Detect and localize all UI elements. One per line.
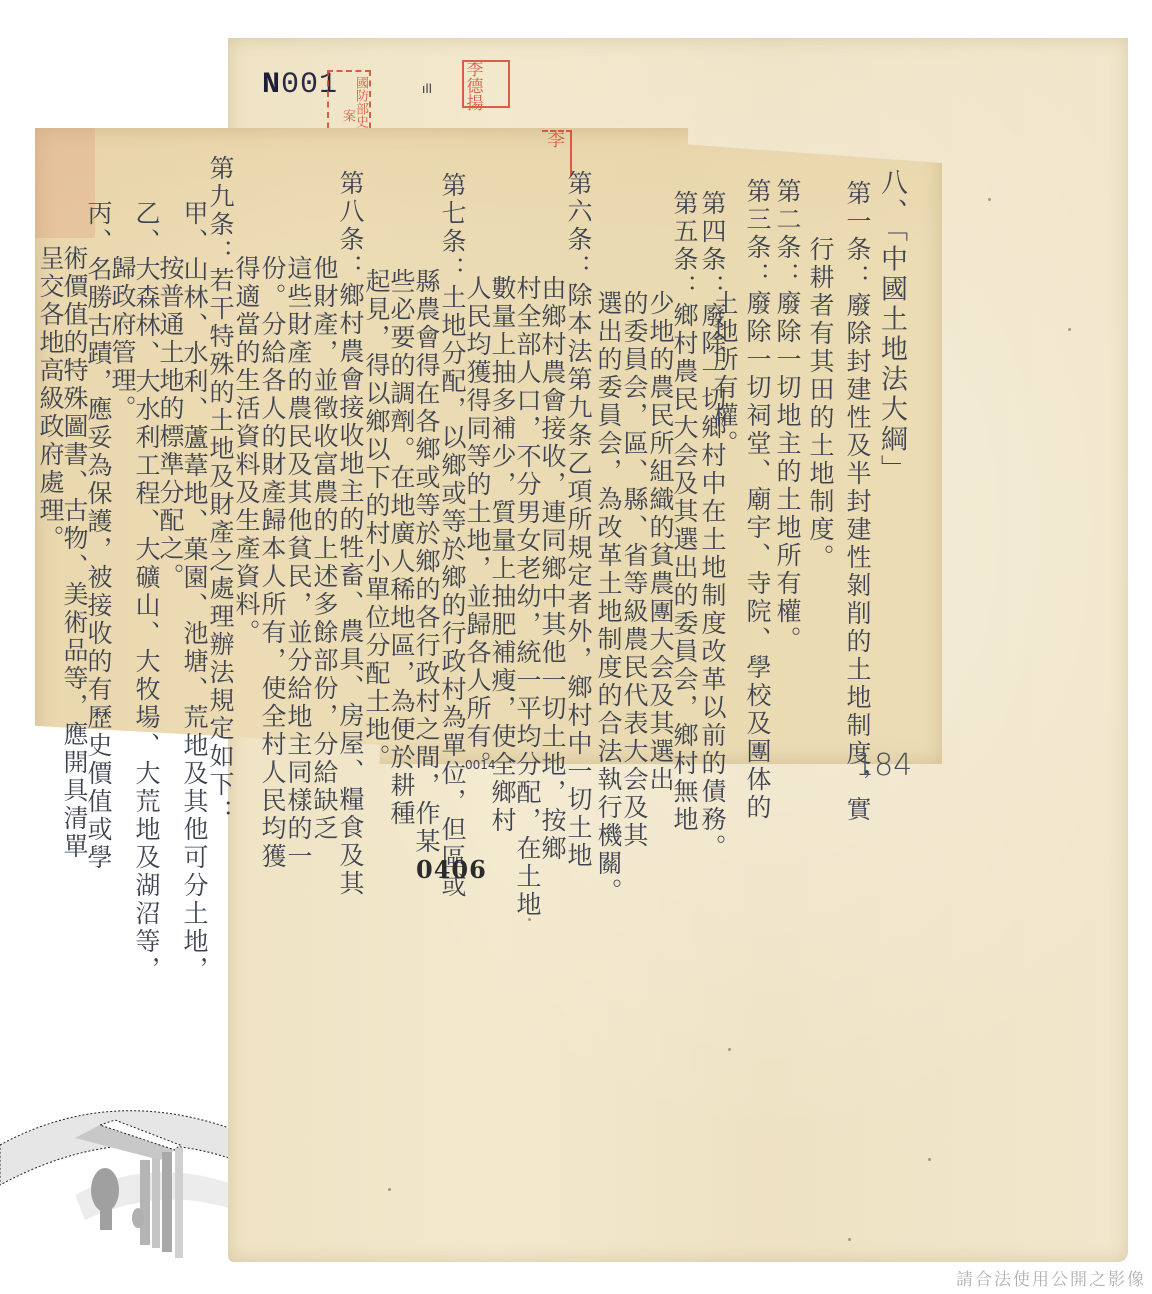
article-9-b: 乙、大森林、大水利工程、大礦山、大牧場、大荒地及湖沼等， <box>134 200 159 984</box>
article-6-cont-1: 由鄉村農會接收，連同鄉中其他一切土地，按鄉 <box>540 275 565 863</box>
article-8-cont-4: 得適當的生活資料及生產資料。 <box>234 255 259 647</box>
article-6-cont-3: 數量上抽多補少，質量上抽肥補瘦，使全鄉村 <box>490 275 515 835</box>
article-7: 第七条：土地分配，以鄉或等於鄉的行政村為單位，但區或 <box>440 172 465 900</box>
article-7-cont-1: 縣農會得在各鄉或等於鄉的各行政村之間，作某 <box>414 268 439 856</box>
article-9-c-cont-2: 呈交各地高級政府處理。 <box>38 245 63 553</box>
article-6-cont-2: 村全部人口，不分男女老幼，統一平均分配，在土地 <box>515 275 540 919</box>
tick-mark: ıll <box>422 82 432 96</box>
article-7-cont-2: 些必要的調劑。在地廣人稀地區，為便於耕種 <box>389 268 414 828</box>
article-5-cont-2: 的委員会，區、縣、省等級農民代表大会及其 <box>622 290 647 850</box>
article-6: 第六条：除本法第九条乙項所規定者外，鄉村中一切土地 <box>566 170 591 870</box>
article-9: 第九条：若干特殊的土地及財產之處理辦法規定如下： <box>208 155 233 827</box>
article-3: 第三条：廢除一切祠堂、廟宇、寺院、學校及團体的 <box>745 178 770 822</box>
article-8-cont-1: 他財產，並徵收富農的上述多餘部份，分給缺乏 <box>312 255 337 843</box>
article-5-cont-3: 選出的委員会，為改革土地制度的合法執行機關。 <box>596 290 621 906</box>
usage-notice: 請合法使用公開之影像 <box>956 1265 1146 1290</box>
article-9-c-cont-1: 術價值的特殊圖書、古物、美術品等，應開具清單 <box>62 245 87 861</box>
note-title: 八、「中國土地法大綱」 <box>878 168 905 485</box>
archive-watermark-logo-icon <box>0 1090 235 1265</box>
article-4: 第四条：廢除一切鄉村中在土地制度改革以前的債務。 <box>700 190 725 862</box>
name-seal-stamp: 李德揚 <box>462 60 510 108</box>
archive-folio-number: 0014 <box>465 758 496 772</box>
article-7-cont-3: 起見，得以鄉以下的村小單位分配土地。 <box>364 268 389 772</box>
article-5-cont-1: 少地的農民所組織的貧農團大会及其選出 <box>648 290 673 794</box>
article-9-a-cont: 按普通土地的標準分配之。 <box>158 255 183 591</box>
folio-number: 184 <box>855 748 912 783</box>
article-5: 第五条：鄉村農民大会及其選出的委員会，鄉村無地 <box>672 190 697 834</box>
article-2: 第二条：廢除一切地主的土地所有權。 <box>775 178 800 654</box>
article-8: 第八条：鄉村農會接收地主的牲畜、農具、房屋、糧食及其 <box>338 170 363 898</box>
article-8-cont-3: 份。分給各人的財產歸本人所有，使全村人民均獲 <box>260 255 285 871</box>
article-9-b-cont: 歸政府管理。 <box>110 255 135 423</box>
article-6-cont-4: 人民均獲得同等的土地，並歸各人所有。 <box>465 275 490 779</box>
article-1-cont: 行耕者有其田的土地制度。 <box>808 236 833 572</box>
article-9-a: 甲、山林、水利、蘆葦地、菓園、池塘、荒地及其他可分土地， <box>182 200 207 984</box>
article-1: 第一条：廢除封建性及半封建性剝削的土地制度，實 <box>845 180 870 824</box>
article-9-c: 丙、名勝古蹟，應妥為保護，被接收的有歷史價值或學 <box>86 200 111 872</box>
page-number: 0406 <box>416 855 487 884</box>
article-8-cont-2: 這些財產的農民及其他貧民，並分給地主同樣的一 <box>286 255 311 871</box>
